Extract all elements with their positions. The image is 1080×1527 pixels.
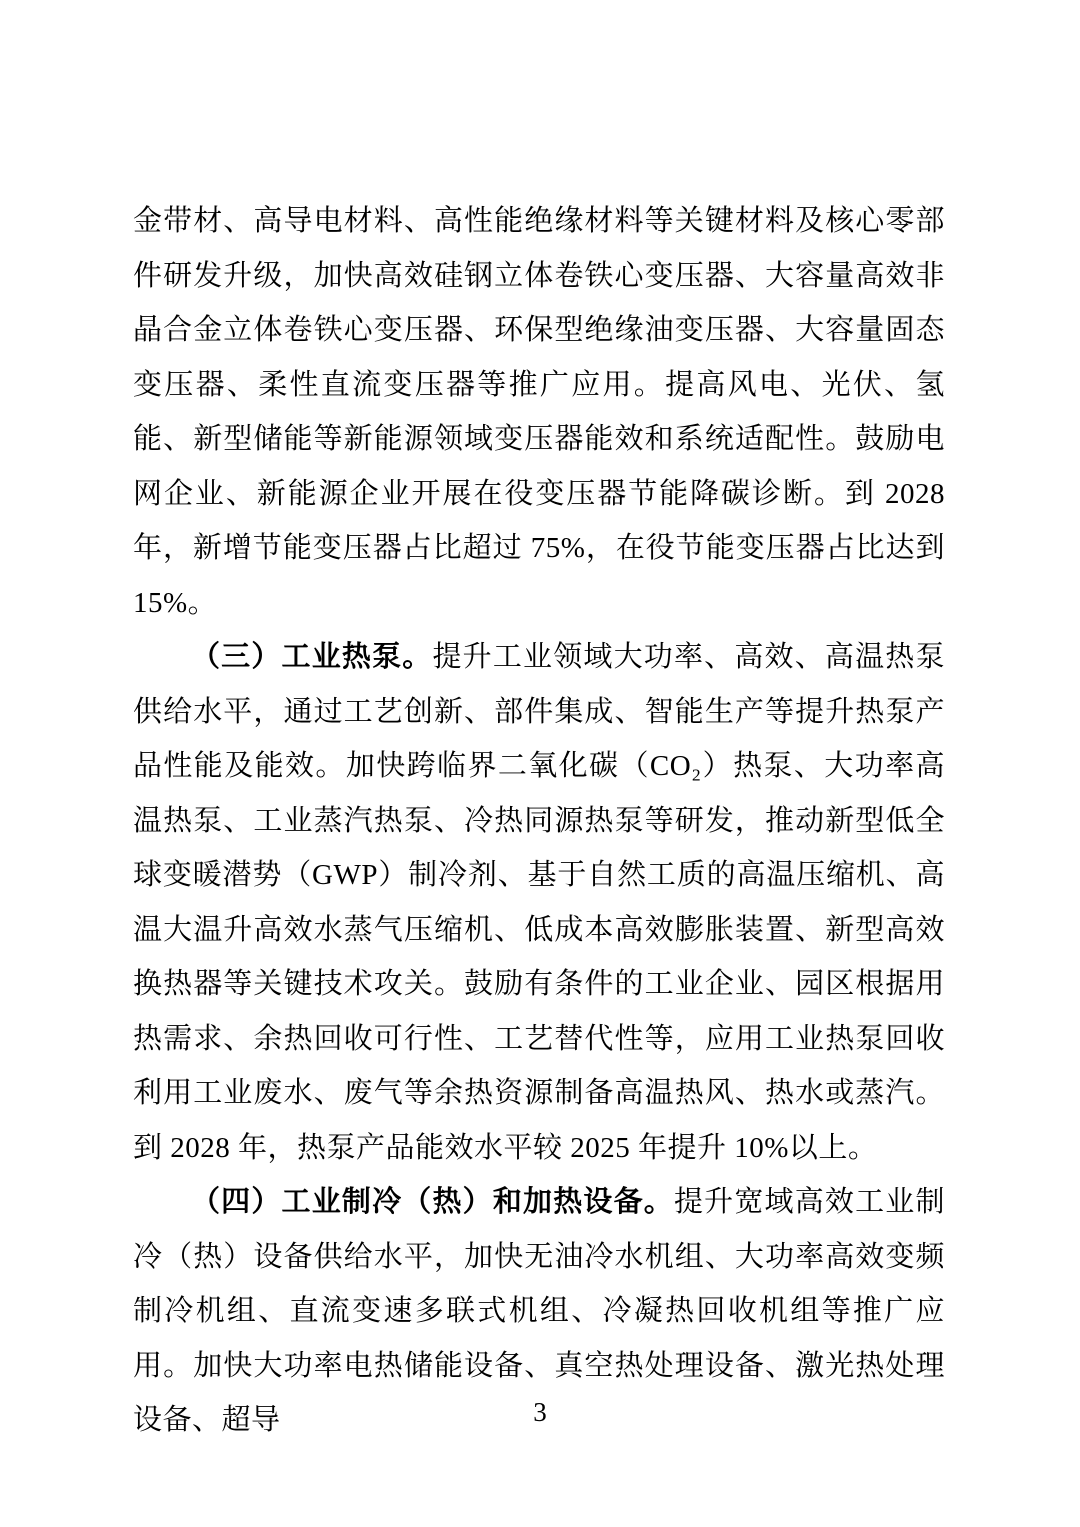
document-page: 金带材、高导电材料、高性能绝缘材料等关键材料及核心零部件研发升级，加快高效硅钢立… xyxy=(0,0,1080,1527)
section-heading: （三）工业热泵。 xyxy=(191,641,433,673)
document-text-block: 金带材、高导电材料、高性能绝缘材料等关键材料及核心零部件研发升级，加快高效硅钢立… xyxy=(133,194,945,1448)
paragraph-text: 金带材、高导电材料、高性能绝缘材料等关键材料及核心零部件研发升级，加快高效硅钢立… xyxy=(133,205,945,619)
paragraph: 金带材、高导电材料、高性能绝缘材料等关键材料及核心零部件研发升级，加快高效硅钢立… xyxy=(133,194,945,630)
paragraph: （三）工业热泵。提升工业领域大功率、高效、高温热泵供给水平，通过工艺创新、部件集… xyxy=(133,630,945,1175)
page-number: 3 xyxy=(0,1396,1080,1428)
section-heading: （四）工业制冷（热）和加热设备。 xyxy=(191,1186,674,1218)
paragraph-text: 提升工业领域大功率、高效、高温热泵供给水平，通过工艺创新、部件集成、智能生产等提… xyxy=(133,641,945,1164)
